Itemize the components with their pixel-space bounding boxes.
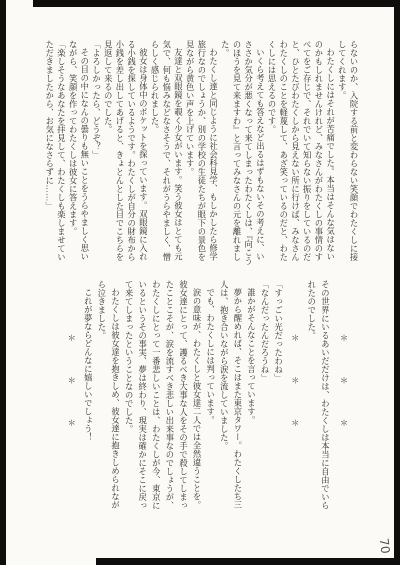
emphasized-quote: その世界にいるあいだだけは、わたくしは本当に自由でいられたのでした。 — [304, 280, 331, 511]
paragraph: わたくしは彼女達を抱きしめ、彼女達に抱きしめられながら泣きました。 — [94, 280, 121, 511]
dialogue-line: 「楽しそうなあなたを拝見して、わたくしも楽しませていただきましたから、お気になさ… — [43, 40, 66, 269]
scan-edge-bottom — [96, 558, 400, 565]
section-break-stars: ＊＊＊ — [336, 280, 350, 511]
lower-text-band: ＊＊＊その世界にいるあいだだけは、わたくしは本当に自由でいられたのでした。＊＊＊… — [61, 280, 353, 511]
paragraph: でも、わたくしには判っています。 — [203, 280, 217, 511]
scanned-page: らないのか、入院する前と変わらない笑顔でわたくしに接してくれます。わたくしにはそ… — [0, 0, 400, 565]
paragraph-continuation: らないのか、入院する前と変わらない笑顔でわたくしに接してくれます。 — [336, 40, 359, 269]
scan-edge-left — [0, 0, 6, 565]
paragraph: その目の中になんの曇りも無いことをうらやましく思いながら、笑顔を作ってわたくしは… — [66, 40, 89, 269]
paragraph: わたくし達と同じように社会科見学、もしかしたら修学旅行なのでしょうか、別の学校の… — [183, 40, 218, 269]
dialogue-line: 「すっごい光だったわね」 — [271, 280, 285, 511]
paragraph: 彼女は身体中のポケットを探っています。双眼鏡に入れる小銭を探しているようです。わ… — [102, 40, 149, 269]
paragraph: いくら考えても答えなど出るはずもないその考えに、いささか気分が悪くなって来てしま… — [219, 40, 266, 269]
paragraph: 夢から醒めれば、そこはまた東京タワー。わたくしたち三人は、抱き合いながら涙を流し… — [217, 280, 244, 511]
scan-edge-right — [394, 0, 400, 565]
page-number: 70 — [376, 538, 392, 555]
paragraph: 誰かがそんなことを言っています。 — [244, 280, 258, 511]
dialogue-line: 「なんだったんだろうね」 — [257, 280, 271, 511]
paragraph: 友達と双眼鏡を覗く少女がいます。笑う彼女はとても元気で、何も悩みなどなさそうで、… — [148, 40, 183, 269]
paragraph: これが夢ならどんなに嬉しいでしょう！ — [81, 280, 95, 511]
section-break-stars: ＊＊＊ — [288, 280, 302, 511]
scan-edge-top — [33, 0, 400, 7]
dialogue-line: 「よろしかったら、どうぞ？」 — [90, 40, 102, 269]
upper-text-band: らないのか、入院する前と変わらない笑顔でわたくしに接してくれます。わたくしにはそ… — [43, 40, 359, 269]
section-break-stars: ＊＊＊ — [64, 280, 78, 511]
paragraph: わたくしにはそれが苦痛でした。本当はそんな気はないのかもしれませんけれど、みなさ… — [265, 40, 335, 269]
paragraph: 涙の意味が、わたくしと彼女達二人では全然違うことを。彼女達にとって、護るべき大事… — [122, 280, 204, 511]
